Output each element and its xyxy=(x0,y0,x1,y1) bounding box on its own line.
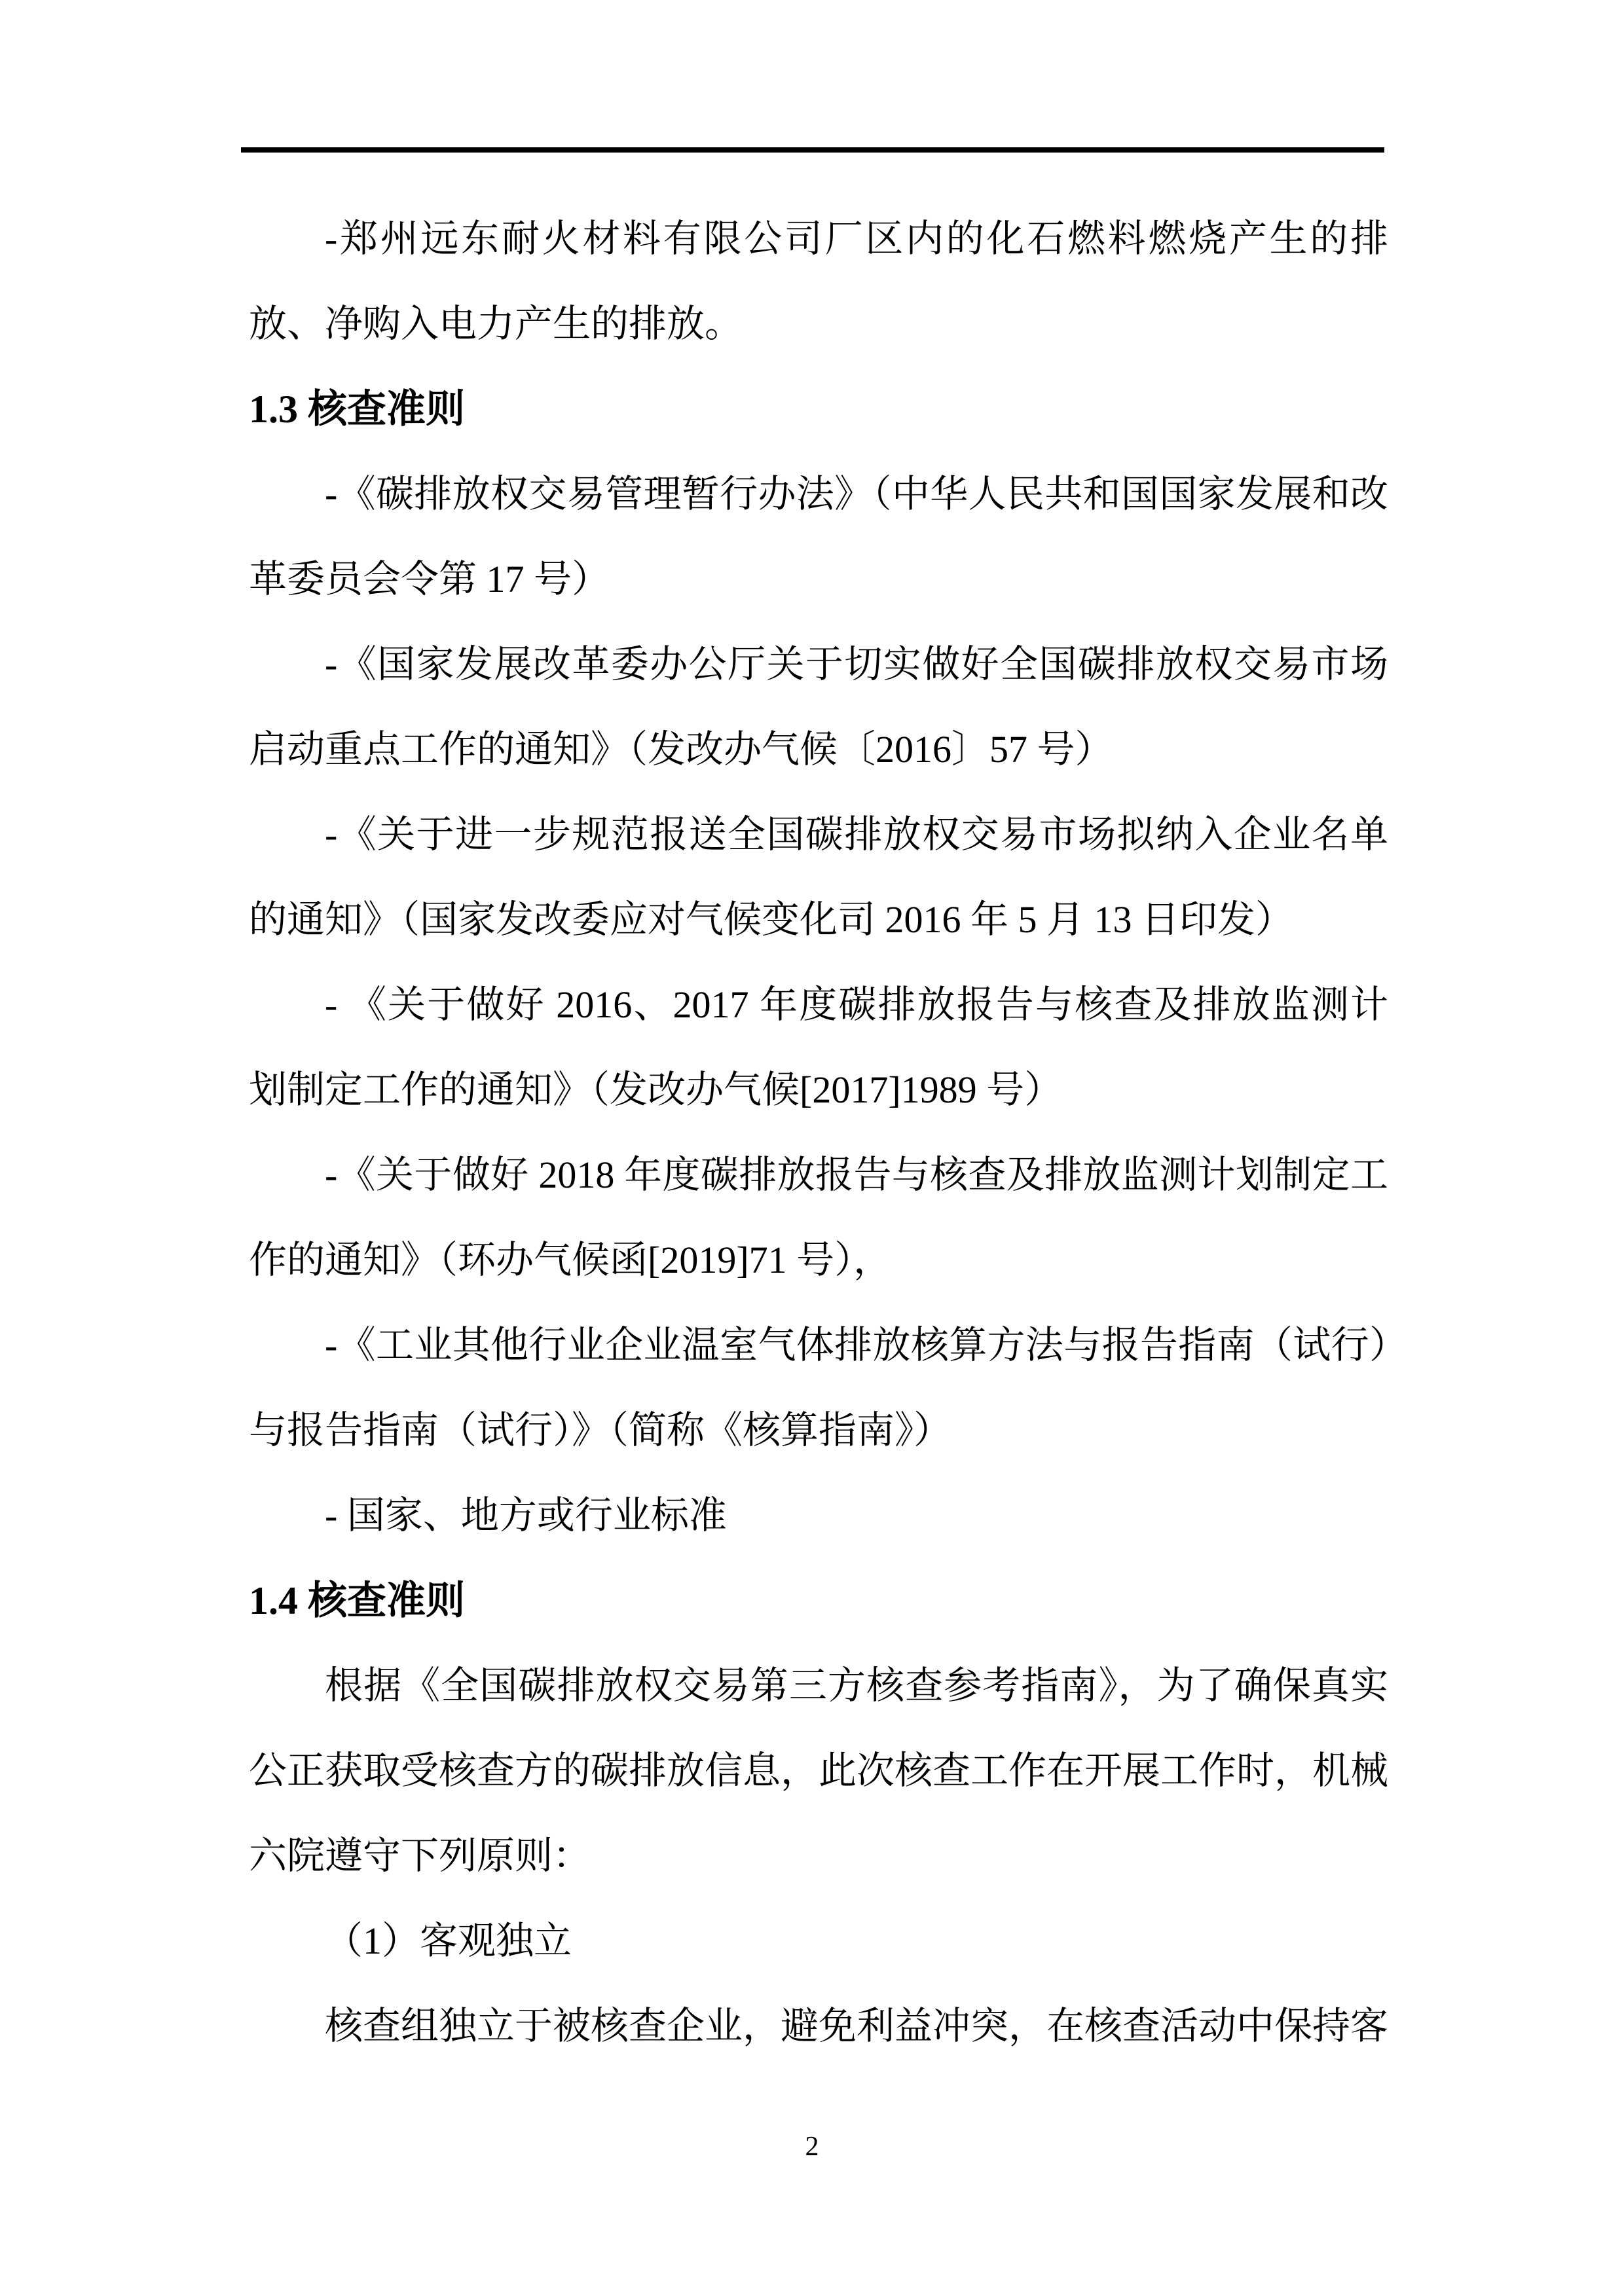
principle-1-title: （1）客观独立 xyxy=(249,1899,1388,1984)
criteria-item-national-local-standards: - 国家、地方或行业标准 xyxy=(249,1473,1388,1558)
criteria-item-2016-2017-report-notice: - 《关于做好 2016、2017 年度碳排放报告与核查及排放监测计划制定工作的… xyxy=(249,962,1388,1133)
document-page: -郑州远东耐火材料有限公司厂区内的化石燃料燃烧产生的排放、净购入电力产生的排放。… xyxy=(0,0,1624,2296)
criteria-item-enterprise-list-notice: -《关于进一步规范报送全国碳排放权交易市场拟纳入企业名单的通知》（国家发改委应对… xyxy=(249,792,1388,962)
page-number: 2 xyxy=(805,2132,819,2162)
page-footer: 2 xyxy=(0,2104,1624,2189)
criteria-item-ndrc-notice-2016-57: -《国家发展改革委办公厅关于切实做好全国碳排放权交易市场启动重点工作的通知》（发… xyxy=(249,622,1388,792)
criteria-item-interim-measures: -《碳排放权交易管理暂行办法》（中华人民共和国国家发展和改革委员会令第 17 号… xyxy=(249,452,1388,622)
header-rule xyxy=(241,147,1384,153)
page-content: -郑州远东耐火材料有限公司厂区内的化石燃料燃烧产生的排放、净购入电力产生的排放。… xyxy=(249,196,1388,2069)
section-heading-1-3: 1.3 核查准则 xyxy=(249,367,1388,452)
paragraph-emission-sources: -郑州远东耐火材料有限公司厂区内的化石燃料燃烧产生的排放、净购入电力产生的排放。 xyxy=(249,196,1388,367)
paragraph-principle-1-objective-independence: 核查组独立于被核查企业，避免利益冲突，在核查活动中保持客 xyxy=(249,1984,1388,2069)
criteria-item-industry-ghg-guideline: -《工业其他行业企业温室气体排放核算方法与报告指南（试行）与报告指南（试行）》（… xyxy=(249,1303,1388,1473)
criteria-item-2018-report-notice: -《关于做好 2018 年度碳排放报告与核查及排放监测计划制定工作的通知》（环办… xyxy=(249,1133,1388,1303)
section-heading-1-4: 1.4 核查准则 xyxy=(249,1558,1388,1643)
paragraph-principles-intro: 根据《全国碳排放权交易第三方核查参考指南》，为了确保真实公正获取受核查方的碳排放… xyxy=(249,1643,1388,1899)
